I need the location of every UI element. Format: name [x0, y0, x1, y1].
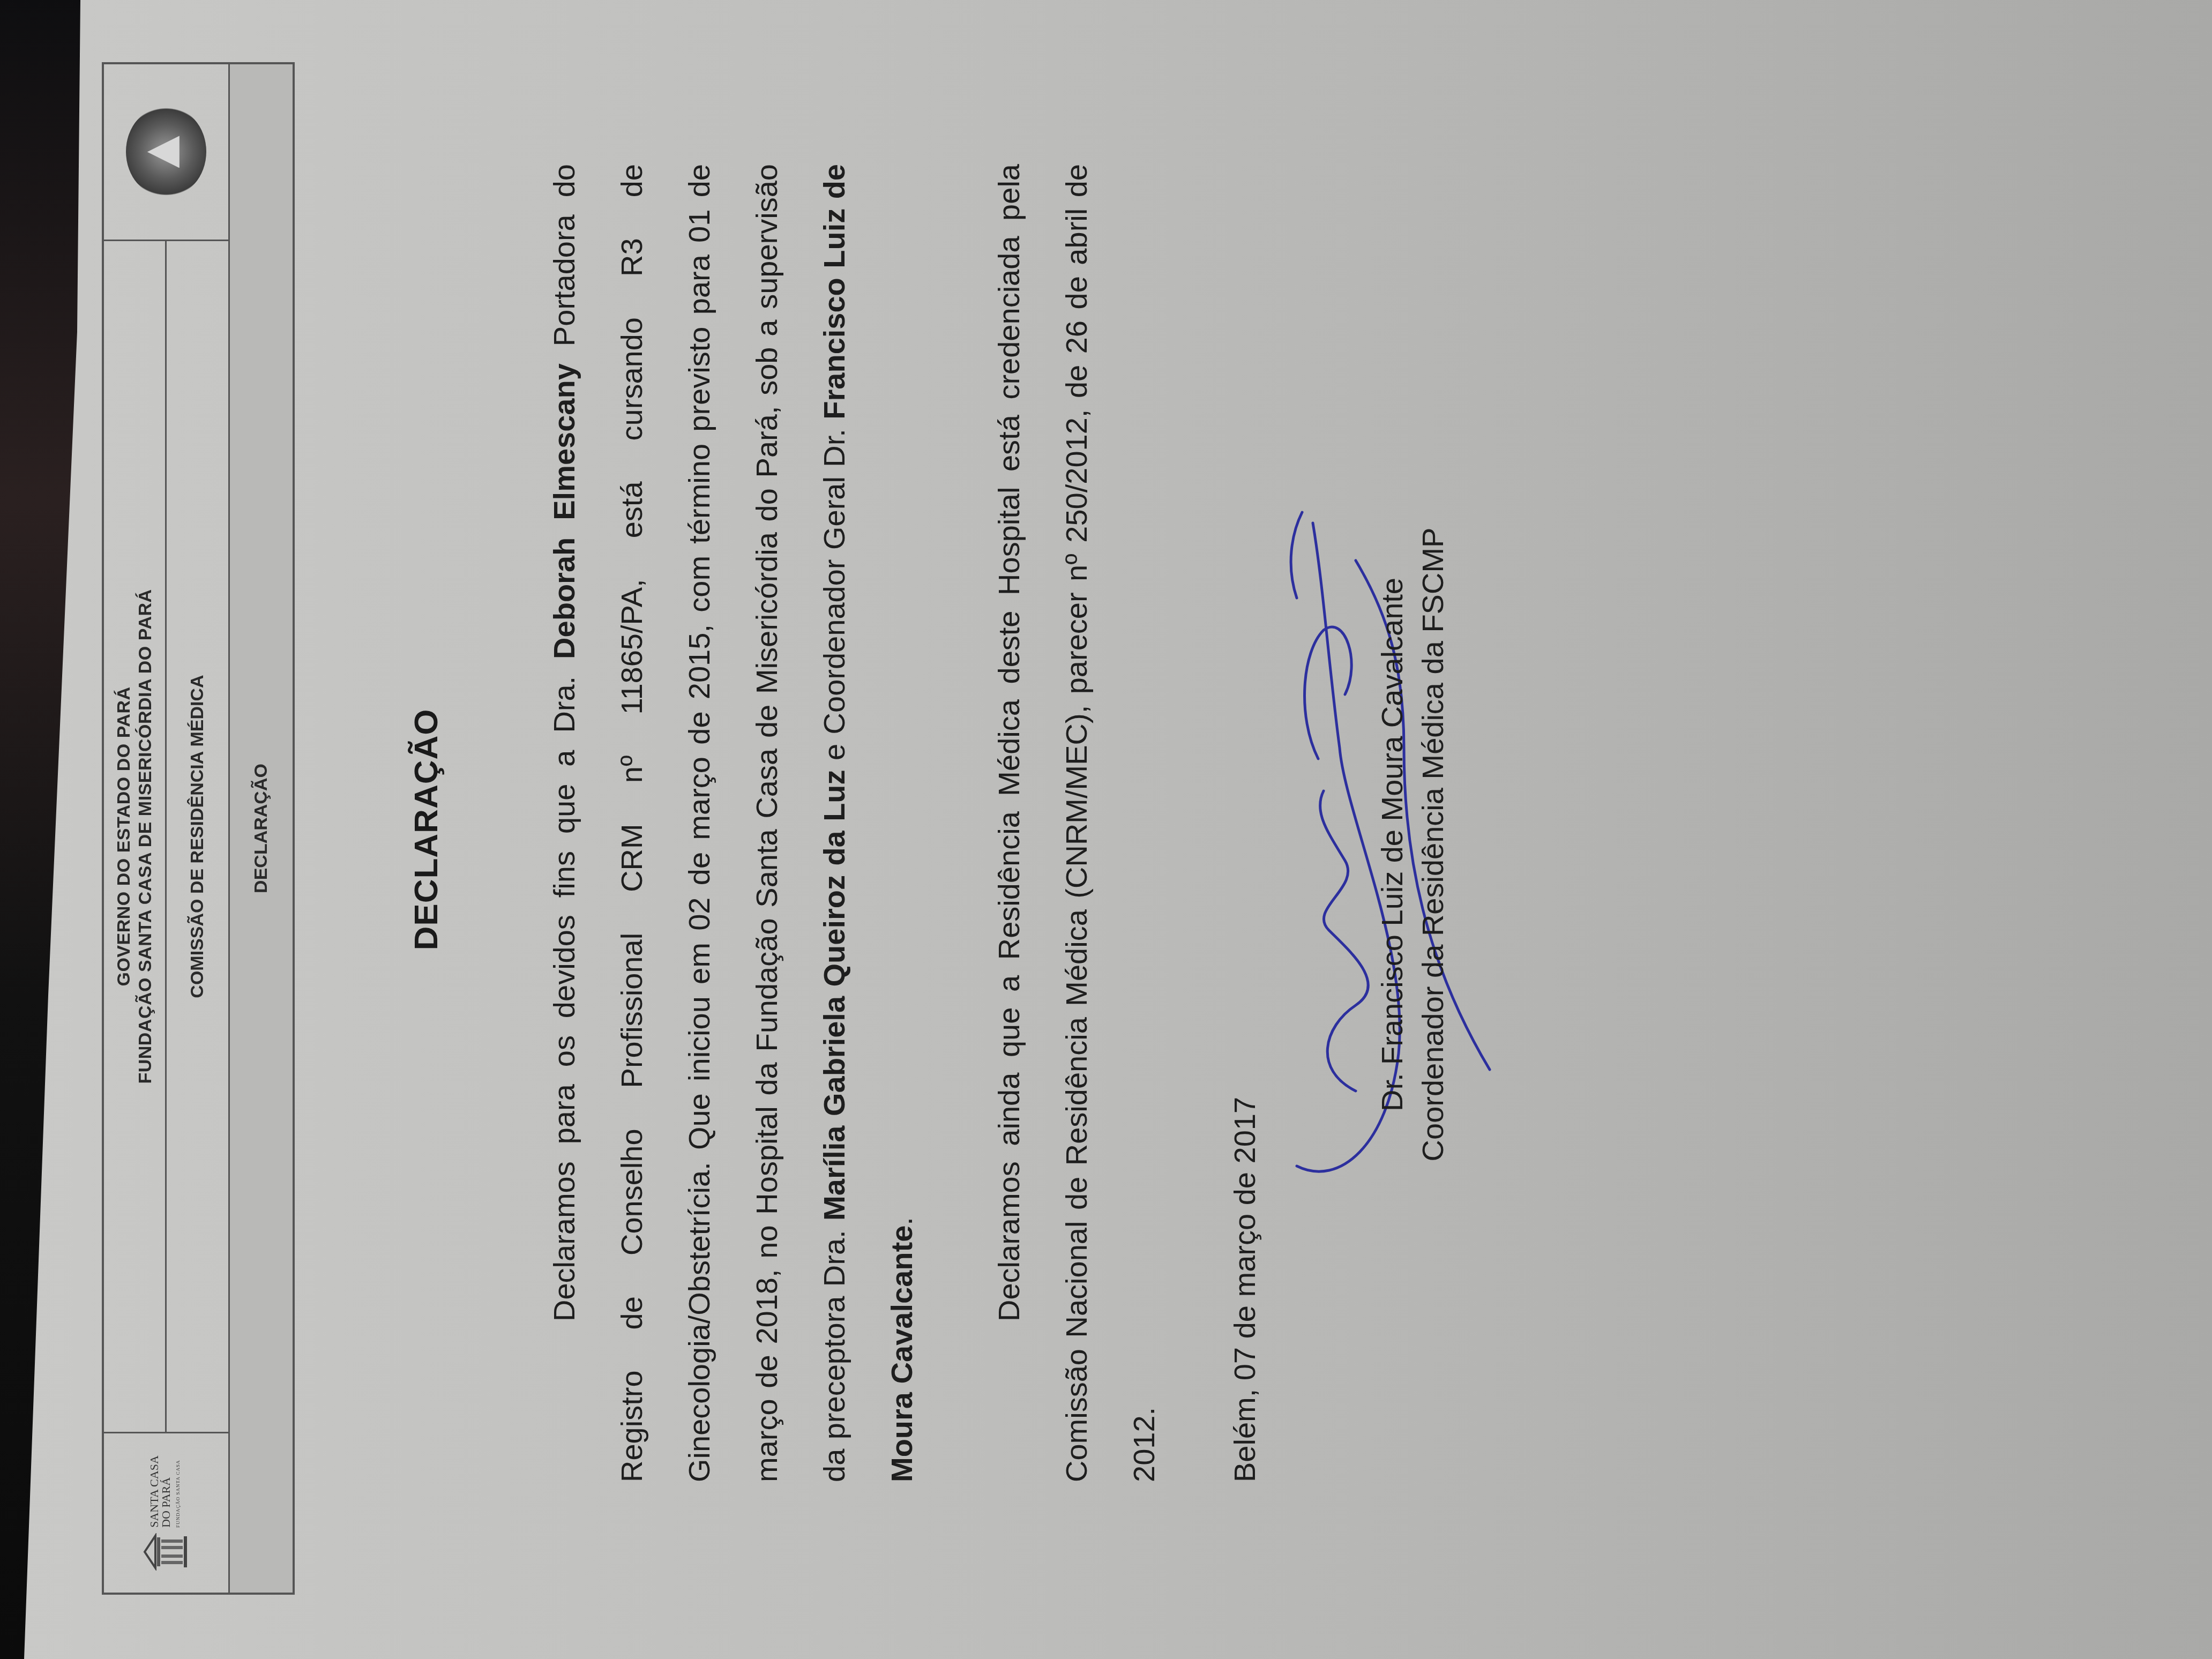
letterhead-table: SANTA CASA DO PARÁ FUNDAÇÃO SANTA CASA G… [102, 62, 295, 1595]
logo-line-2: DO PARÁ [160, 1455, 172, 1528]
place-date: Belém, 07 de março de 2017 [1227, 1097, 1262, 1482]
logo-subtext: FUNDAÇÃO SANTA CASA [172, 1455, 184, 1528]
p1-text-c: e Coordenador Geral Dr. [817, 420, 851, 770]
foundation-line: FUNDAÇÃO SANTA CASA DE MISERICÓRDIA DO P… [134, 589, 156, 1083]
preceptor-name: Marília Gabriela Queiroz da Luz [817, 769, 851, 1220]
resident-name: Deborah Elmescany [547, 363, 581, 659]
paragraph-1: Declaramos para os devidos fins que a Dr… [530, 164, 936, 1482]
paragraph-2: Declaramos ainda que a Residência Médica… [975, 164, 1178, 1482]
signature-block: Dr. Francisco Luiz de Moura Cavalcante C… [1372, 443, 1453, 1246]
document-title: DECLARAÇÃO [407, 0, 445, 1659]
logo-line-1: SANTA CASA [148, 1455, 160, 1528]
letterhead-title: GOVERNO DO ESTADO DO PARÁ FUNDAÇÃO SANTA… [104, 241, 167, 1432]
building-icon [142, 1533, 190, 1571]
signatory-role: Coordenador da Residência Médica da FSCM… [1413, 443, 1453, 1246]
p1-text-a: Declaramos para os devidos fins que a Dr… [547, 659, 581, 1321]
signatory-name: Dr. Francisco Luiz de Moura Cavalcante [1372, 443, 1413, 1246]
government-line: GOVERNO DO ESTADO DO PARÁ [113, 686, 134, 986]
paper-sheet: SANTA CASA DO PARÁ FUNDAÇÃO SANTA CASA G… [0, 0, 2212, 1659]
coat-of-arms-icon [126, 107, 206, 198]
santa-casa-logo: SANTA CASA DO PARÁ FUNDAÇÃO SANTA CASA [104, 1432, 230, 1593]
commission-name: COMISSÃO DE RESIDÊNCIA MÉDICA [167, 241, 229, 1432]
coat-of-arms [104, 64, 230, 241]
p1-text-b: Portadora do Registro de Conselho Profis… [547, 164, 851, 1482]
document-page: SANTA CASA DO PARÁ FUNDAÇÃO SANTA CASA G… [0, 0, 2212, 1659]
document-type-band: DECLARAÇÃO [230, 64, 293, 1593]
p1-text-end: . [885, 1217, 918, 1225]
